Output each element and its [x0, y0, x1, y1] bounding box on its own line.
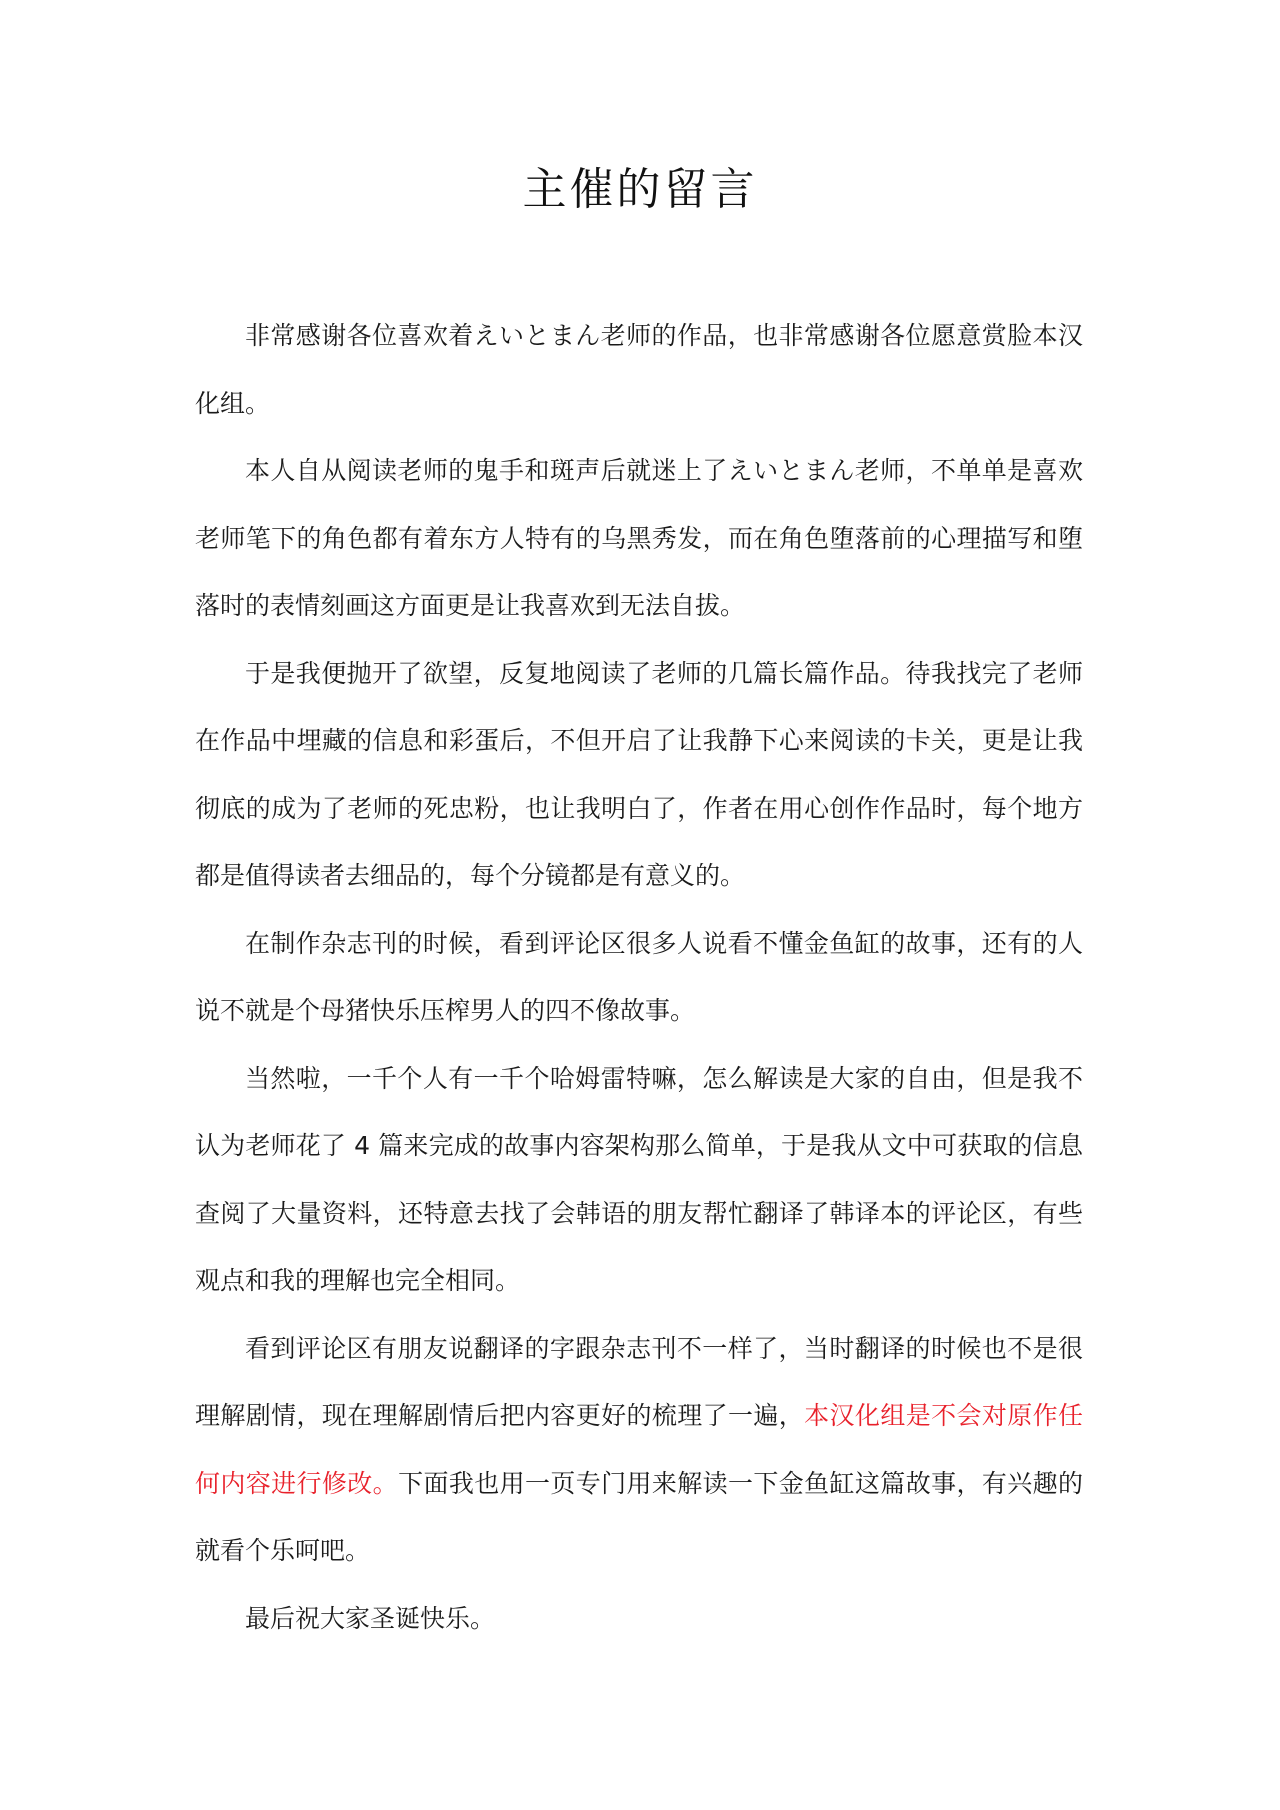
paragraph-rereading: 于是我便抛开了欲望，反复地阅读了老师的几篇长篇作品。待我找完了老师在作品中埋藏的…	[195, 640, 1083, 910]
document-page: 主催的留言 非常感谢各位喜欢着えいとまん老师的作品，也非常感谢各位愿意赏脸本汉化…	[0, 0, 1280, 1810]
page-title: 主催的留言	[0, 158, 1280, 222]
paragraph-closing: 最后祝大家圣诞快乐。	[195, 1585, 1083, 1653]
paragraph-interpretation: 当然啦，一千个人有一千个哈姆雷特嘛，怎么解读是大家的自由，但是我不认为老师花了 …	[195, 1045, 1083, 1315]
paragraph-translation-note: 看到评论区有朋友说翻译的字跟杂志刊不一样了，当时翻译的时候也不是很理解剧情，现在…	[195, 1315, 1083, 1585]
paragraph-magazine-comments: 在制作杂志刊的时候，看到评论区很多人说看不懂金鱼缸的故事，还有的人说不就是个母猪…	[195, 910, 1083, 1045]
paragraph-fandom: 本人自从阅读老师的鬼手和斑声后就迷上了えいとまん老师，不单单是喜欢老师笔下的角色…	[195, 437, 1083, 640]
document-body: 非常感谢各位喜欢着えいとまん老师的作品，也非常感谢各位愿意赏脸本汉化组。 本人自…	[195, 302, 1083, 1652]
paragraph-thanks: 非常感谢各位喜欢着えいとまん老师的作品，也非常感谢各位愿意赏脸本汉化组。	[195, 302, 1083, 437]
